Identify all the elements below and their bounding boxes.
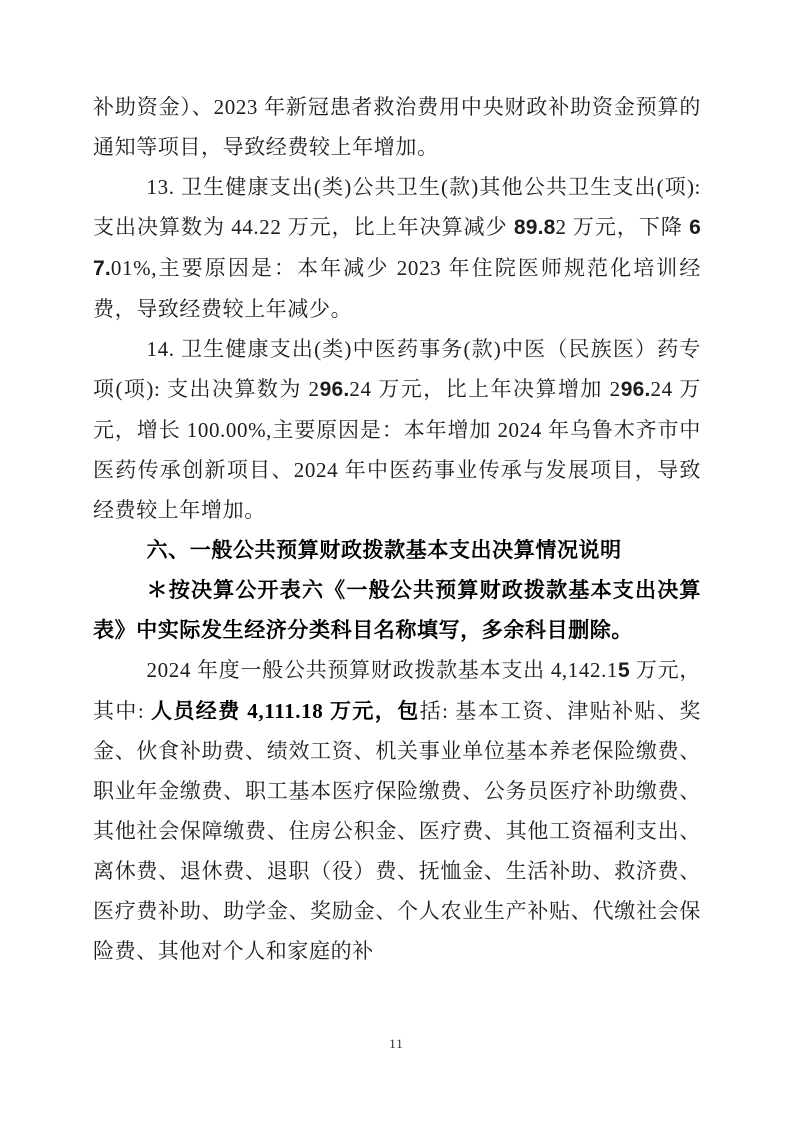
para-item-13: 13. 卫生健康支出(类)公共卫生(款)其他公共卫生支出(项): 支出决算数为 … — [93, 167, 701, 329]
text-run: 六、一般公共预算财政拨款基本支出决算情况说明 — [147, 538, 622, 562]
text-run: 01%,主要原因是：本年减少 2023 年住院医师规范化培训经费，导致经费较上年… — [93, 256, 701, 321]
text-run: 2 万元，下降 — [556, 215, 690, 239]
text-run: 96. — [621, 378, 651, 401]
page-number: 11 — [0, 1034, 793, 1054]
document-page: 补助资金）、2023 年新冠患者救治费用中央财政补助资金预算的通知等项目，导致经… — [0, 0, 793, 1122]
text-run: 89.8 — [514, 216, 556, 239]
text-run: 5 — [618, 659, 630, 682]
para-carryover: 补助资金）、2023 年新冠患者救治费用中央财政补助资金预算的通知等项目，导致经… — [93, 87, 701, 167]
text-run: 24 万元，比上年决算增加 2 — [349, 377, 620, 401]
para-instruction-note: ＊按决算公开表六《一般公共预算财政拨款基本支出决算表》中实际发生经济分类科目名称… — [93, 570, 701, 650]
text-run: ＊按决算公开表六《一般公共预算财政拨款基本支出决算表》中实际发生经济分类科目名称… — [93, 578, 701, 642]
text-run: 2024 年度一般公共预算财政拨款基本支出 4,142.1 — [147, 658, 618, 682]
para-basic-expenditure: 2024 年度一般公共预算财政拨款基本支出 4,142.15 万元，其中: 人员… — [93, 650, 701, 971]
para-item-14: 14. 卫生健康支出(类)中医药事务(款)中医（民族医）药专项(项): 支出决算… — [93, 329, 701, 530]
heading-section-six: 六、一般公共预算财政拨款基本支出决算情况说明 — [93, 530, 701, 570]
text-run: 96. — [320, 378, 350, 401]
text-run: 括: 基本工资、津贴补贴、奖金、伙食补助费、绩效工资、机关事业单位基本养老保险缴… — [93, 699, 701, 963]
text-run: 补助资金）、2023 年新冠患者救治费用中央财政补助资金预算的通知等项目，导致经… — [93, 95, 701, 159]
text-run: 人员经费 4,111.18 万元，包 — [151, 699, 420, 723]
document-body: 补助资金）、2023 年新冠患者救治费用中央财政补助资金预算的通知等项目，导致经… — [93, 87, 701, 971]
